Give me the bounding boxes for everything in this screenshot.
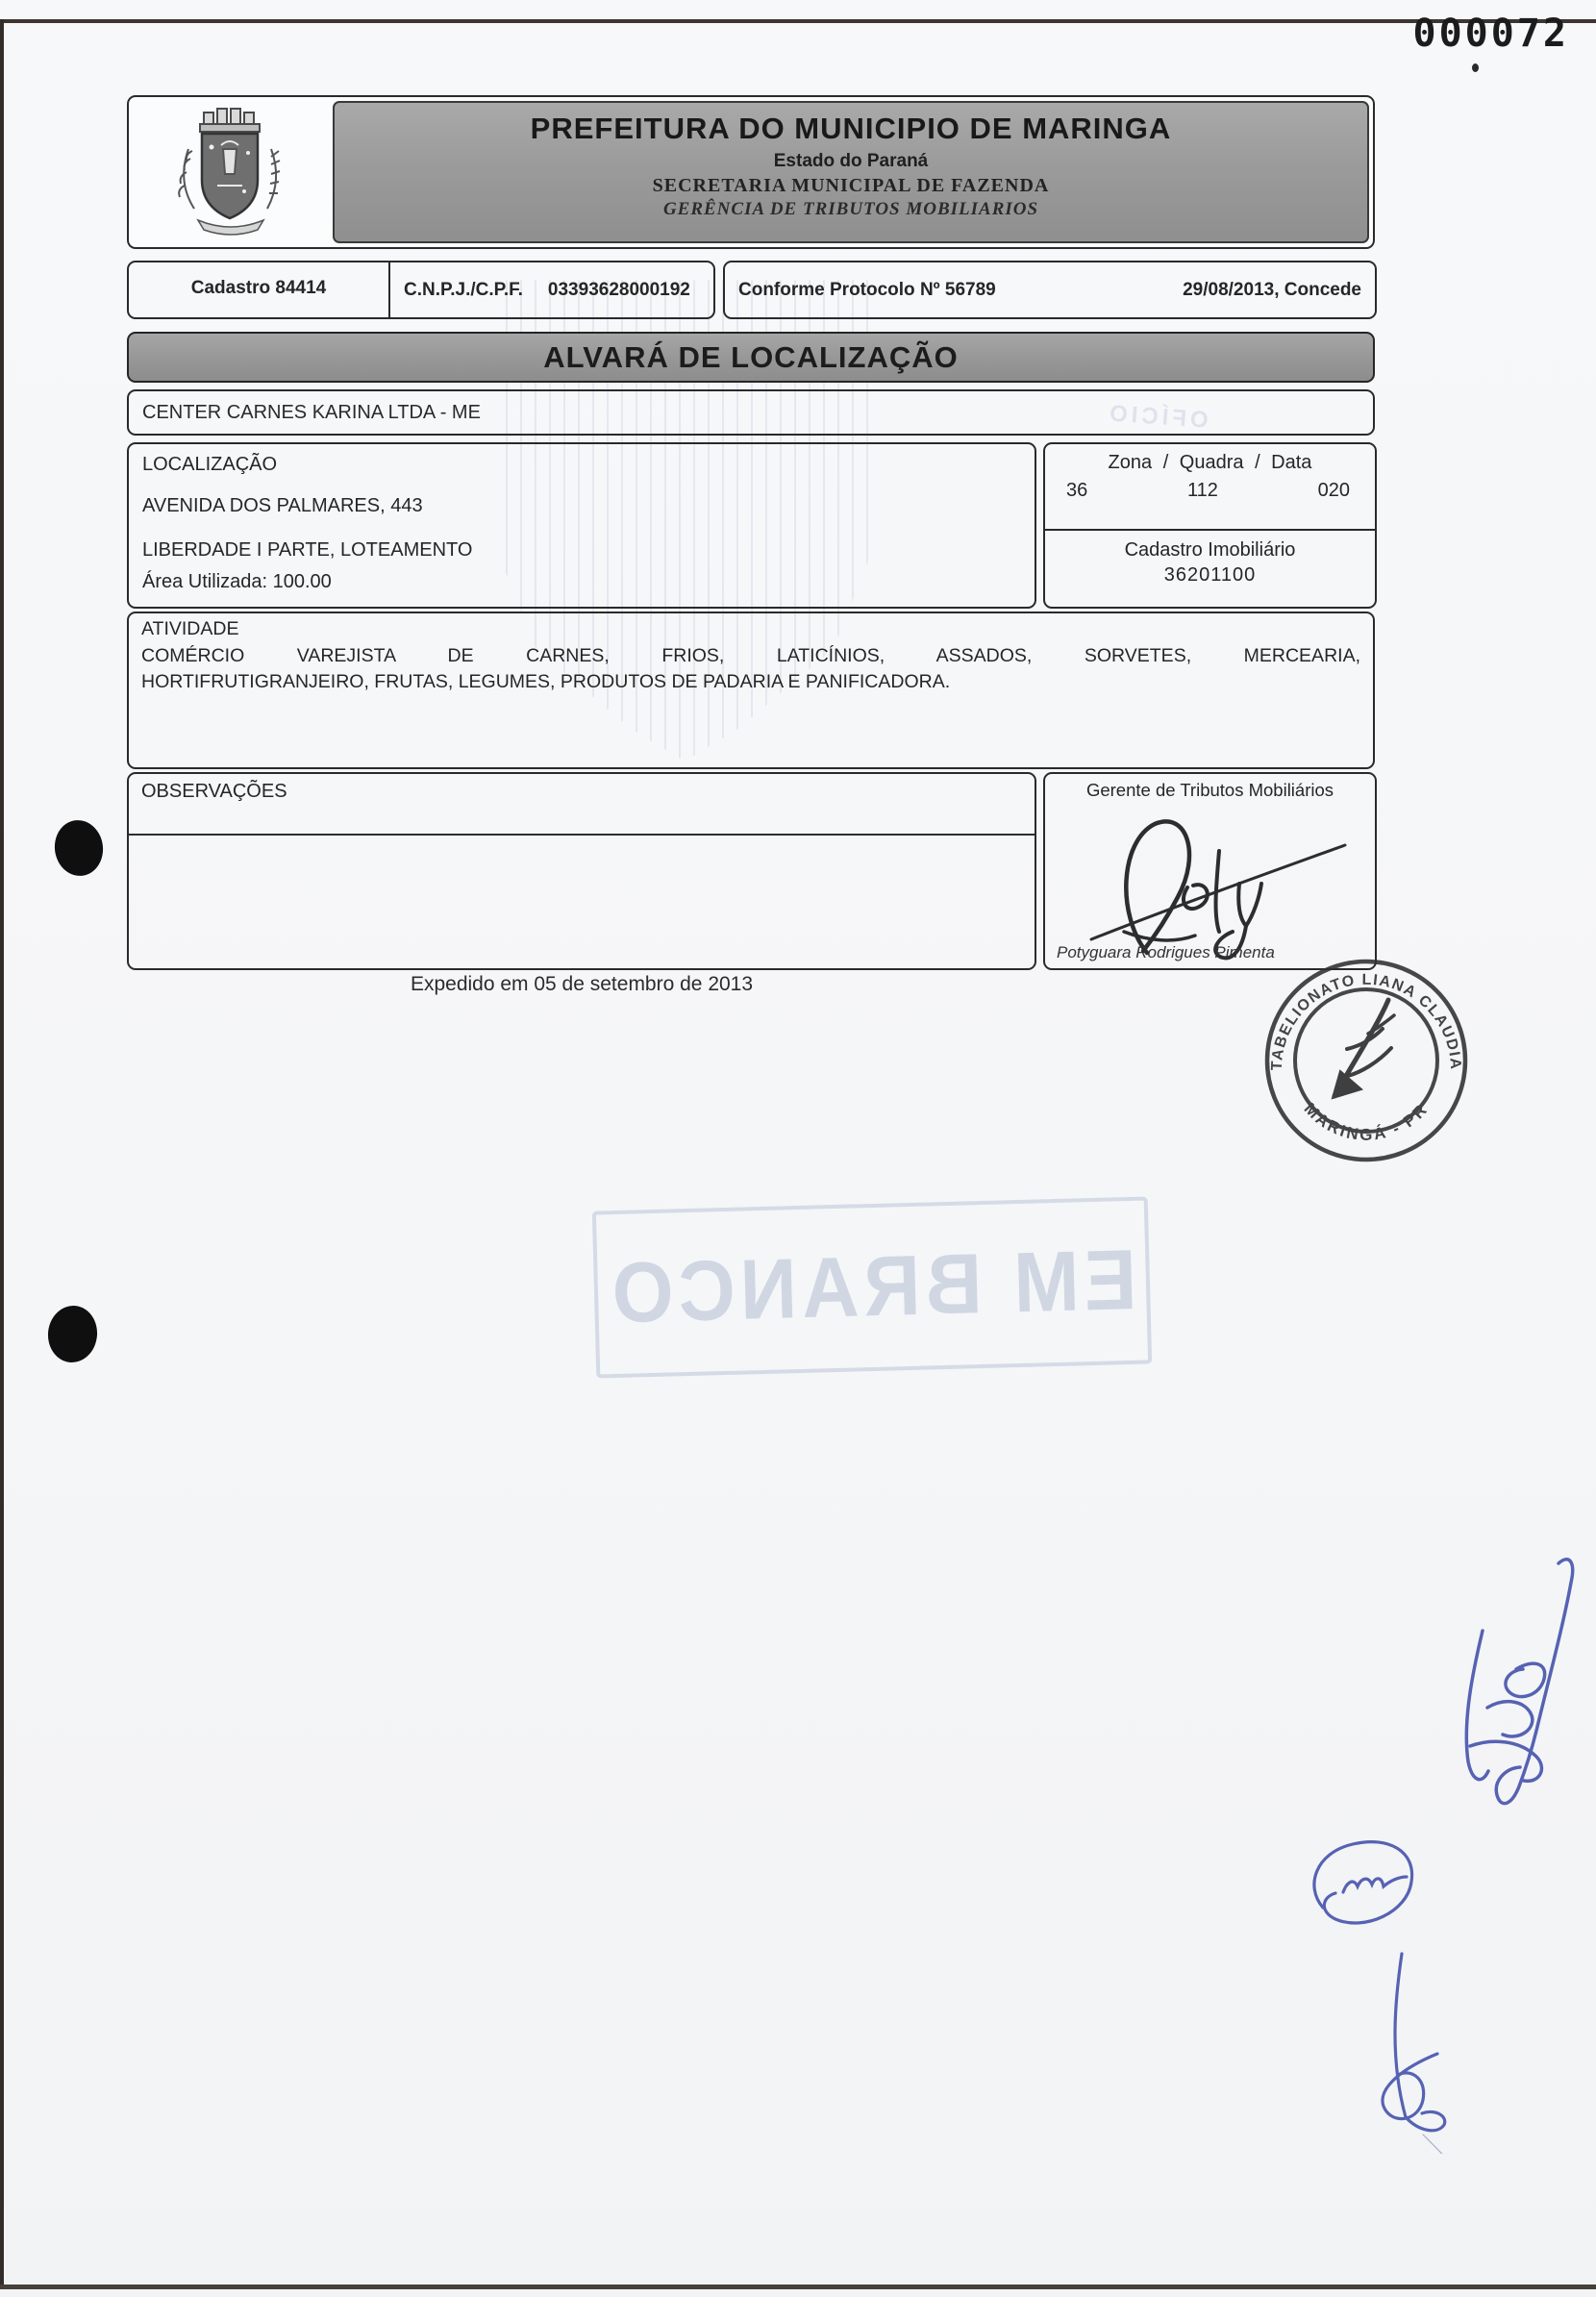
data-value: 020 [1318,480,1350,502]
protocolo-field: Conforme Protocolo Nº 56789 [725,280,996,301]
issue-date-line: Expedido em 05 de setembro de 2013 [127,973,1036,996]
document-title-bar: ALVARÁ DE LOCALIZAÇÃO [127,332,1375,383]
location-district: LIBERDADE I PARTE, LOTEAMENTO [142,539,1021,562]
em-branco-bleedthrough-stamp: EM BRANCO [592,1196,1152,1378]
scan-edge-top [0,19,1596,23]
location-address: AVENIDA DOS PALMARES, 443 [142,495,1021,517]
observations-box: OBSERVAÇÕES [127,772,1036,970]
cnpj-field: C.N.P.J./C.P.F. 03393628000192 [390,280,713,301]
quadra-value: 112 [1187,480,1218,502]
stamp-inner-scribble [1333,1000,1394,1098]
zoning-header: Zona / Quadra / Data [1045,452,1375,474]
pen-hook-mark [1383,1954,1464,2154]
scan-edge-bottom [0,2285,1596,2289]
cadastro-field: Cadastro 84414 [129,262,390,317]
zona-value: 36 [1066,480,1087,502]
observations-label: OBSERVAÇÕES [129,774,1035,803]
header-gray-panel: PREFEITURA DO MUNICIPIO DE MARINGA Estad… [333,101,1369,243]
cnpj-value: 03393628000192 [548,280,690,301]
blue-pen-marks [1231,1519,1596,2154]
maringa-coat-of-arms-icon [154,103,308,245]
activity-line2: HORTIFRUTIGRANJEIRO, FRUTAS, LEGUMES, PR… [141,671,1360,693]
location-box: LOCALIZAÇÃO AVENIDA DOS PALMARES, 443 LI… [127,442,1036,609]
registry-box-right: Conforme Protocolo Nº 56789 29/08/2013, … [723,261,1377,319]
activity-label: ATIVIDADE [141,618,1360,640]
location-area: Área Utilizada: 100.00 [142,571,1021,593]
concession-date: 29/08/2013, Concede [1183,280,1375,301]
logo-cell [129,97,333,247]
header-state: Estado do Paraná [335,151,1367,172]
document-title: ALVARÁ DE LOCALIZAÇÃO [543,340,958,375]
activity-box: ATIVIDADE COMÉRCIO VAREJISTA DE CARNES, … [127,612,1375,769]
zoning-box: Zona / Quadra / Data 36 112 020 Cadastro… [1043,442,1377,609]
page-number-stamp: 000072 [1413,12,1570,56]
pen-circled-initial [1314,1842,1412,1923]
header-box: PREFEITURA DO MUNICIPIO DE MARINGA Estad… [127,95,1375,249]
registry-box-left: Cadastro 84414 C.N.P.J./C.P.F. 033936280… [127,261,715,319]
stamp-bottom-text: MARINGÁ - PR [1301,1100,1433,1144]
cadastro-imobiliario-value: 36201100 [1045,564,1375,587]
header-secretariat: SECRETARIA MUNICIPAL DE FAZENDA [335,175,1367,197]
observations-divider-line [128,834,1035,836]
pen-signature-scribble [1466,1560,1572,1804]
cadastro-imobiliario-cell: Cadastro Imobiliário 36201100 [1045,539,1375,587]
hole-punch-top [51,817,107,879]
zoning-values: 36 112 020 [1045,474,1375,502]
company-name: CENTER CARNES KARINA LTDA - ME [129,402,481,424]
em-branco-text: EM BRANCO [606,1232,1137,1343]
ink-speck [1472,63,1479,72]
header-department: GERÊNCIA DE TRIBUTOS MOBILIARIOS [335,199,1367,220]
notary-round-stamp: TABELIONATO LIANA CLAUDIA MARINGÁ - PR [1240,935,1492,1186]
scan-edge-left [0,19,4,2288]
header-title: PREFEITURA DO MUNICIPIO DE MARINGA [335,112,1367,146]
scanned-document-page: 000072 [0,0,1596,2297]
zoning-top-cell: Zona / Quadra / Data 36 112 020 [1045,452,1375,531]
cadastro-imobiliario-label: Cadastro Imobiliário [1045,539,1375,562]
activity-line1: COMÉRCIO VAREJISTA DE CARNES, FRIOS, LAT… [141,645,1360,667]
hole-punch-bottom [45,1303,100,1364]
cnpj-label: C.N.P.J./C.P.F. [404,280,523,301]
location-label: LOCALIZAÇÃO [142,454,1021,476]
svg-text:MARINGÁ - PR: MARINGÁ - PR [1301,1100,1433,1144]
